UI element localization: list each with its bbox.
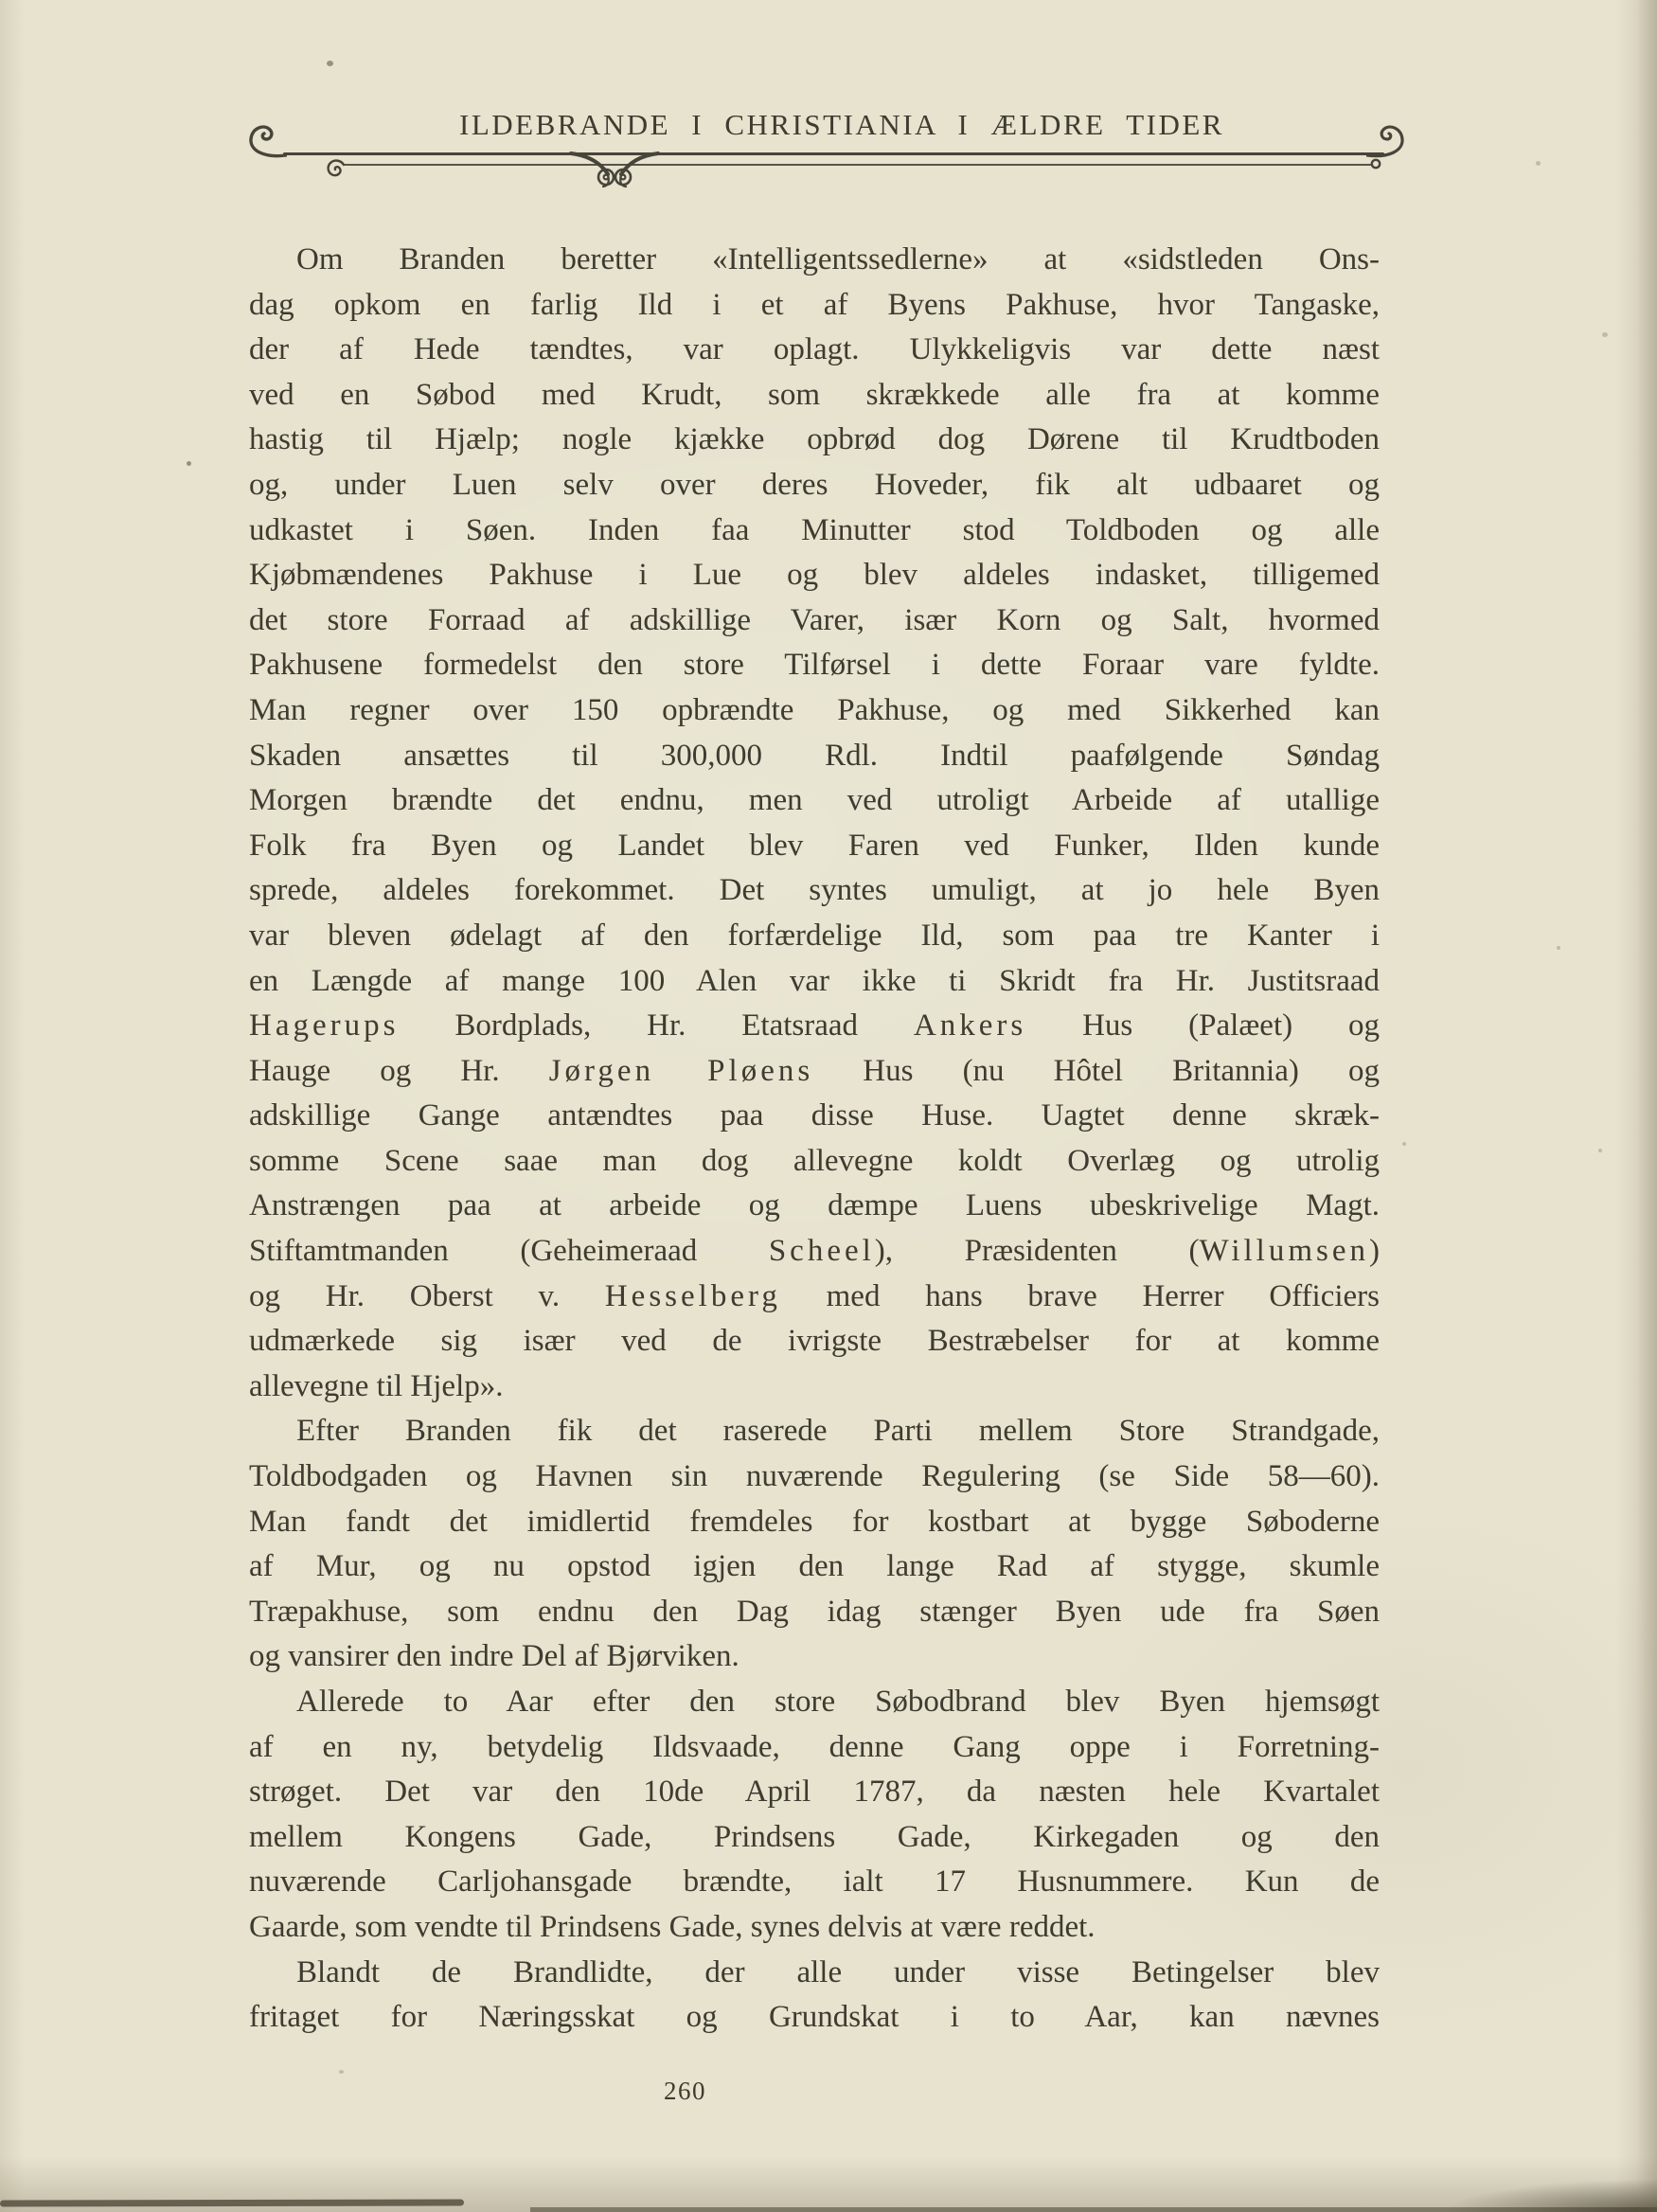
page-number: 260: [664, 2077, 706, 2106]
scan-speck: [1402, 1142, 1406, 1146]
scan-corner-shadow: [1449, 2180, 1657, 2212]
text-segment: fritaget for Næringsskat og Grundskat i …: [249, 2000, 1380, 2034]
text-segment: Hus (Palæet) og: [1026, 1008, 1380, 1043]
text-segment: Toldbodgaden og Havnen sin nuværende Reg…: [249, 1459, 1380, 1493]
text-line: Skaden ansættes til 300,000 Rdl. Indtil …: [249, 734, 1380, 779]
body-text: Om Branden beretter «Intelligentssedlern…: [249, 238, 1380, 2041]
text-line: Folk fra Byen og Landet blev Faren ved F…: [249, 824, 1380, 869]
text-line: Toldbodgaden og Havnen sin nuværende Reg…: [249, 1454, 1380, 1500]
text-line: af Mur, og nu opstod igjen den lange Rad…: [249, 1544, 1380, 1590]
text-line: og Hr. Oberst v. Hesselberg med hans bra…: [249, 1275, 1380, 1320]
text-segment: udkastet i Søen. Inden faa Minutter stod…: [249, 513, 1380, 547]
text-segment: og Hr. Oberst v.: [249, 1279, 605, 1313]
text-line: somme Scene saae man dog allevegne koldt…: [249, 1139, 1380, 1185]
text-segment: hastig til Hjælp; nogle kjække opbrød do…: [249, 422, 1380, 456]
text-segment: Man regner over 150 opbrændte Pakhuse, o…: [249, 693, 1380, 727]
text-line: Blandt de Brandlidte, der alle under vis…: [249, 1951, 1380, 1996]
text-line: ved en Søbod med Krudt, som skrækkede al…: [249, 373, 1380, 419]
text-segment: Gaarde, som vendte til Prindsens Gade, s…: [249, 1910, 1096, 1944]
text-segment: Folk fra Byen og Landet blev Faren ved F…: [249, 829, 1380, 863]
text-segment: af Mur, og nu opstod igjen den lange Rad…: [249, 1549, 1380, 1583]
text-segment: Man fandt det imidlertid fremdeles for k…: [249, 1505, 1380, 1539]
text-line: strøget. Det var den 10de April 1787, da…: [249, 1770, 1380, 1815]
text-segment: strøget. Det var den 10de April 1787, da…: [249, 1775, 1380, 1809]
text-line: allevegne til Hjelp».: [249, 1365, 1380, 1410]
text-segment: og vansirer den indre Del af Bjørviken.: [249, 1639, 739, 1673]
text-segment: Om Branden beretter «Intelligentssedlern…: [296, 242, 1380, 276]
text-line: det store Forraad af adskillige Varer, i…: [249, 598, 1380, 644]
text-line: Hauge og Hr. Jørgen Pløens Hus (nu Hôtel…: [249, 1049, 1380, 1095]
text-line: af en ny, betydelig Ildsvaade, denne Gan…: [249, 1725, 1380, 1771]
text-segment: og, under Luen selv over deres Hoveder, …: [249, 468, 1380, 502]
text-line: Man fandt det imidlertid fremdeles for k…: [249, 1500, 1380, 1545]
text-line: hastig til Hjælp; nogle kjække opbrød do…: [249, 418, 1380, 463]
text-segment: ved en Søbod med Krudt, som skrækkede al…: [249, 378, 1380, 412]
text-line: dag opkom en farlig Ild i et af Byens Pa…: [249, 283, 1380, 329]
text-segment: Kjøbmændenes Pakhuse i Lue og blev aldel…: [249, 558, 1380, 592]
text-segment: allevegne til Hjelp».: [249, 1369, 504, 1403]
flourish-end-ring-icon: [1369, 157, 1382, 170]
header-rule-bottom: [345, 164, 1373, 166]
text-line: Anstrængen paa at arbeide og dæmpe Luens…: [249, 1184, 1380, 1229]
scan-speck: [1598, 1149, 1602, 1152]
text-line: sprede, aldeles forekommet. Det syntes u…: [249, 868, 1380, 914]
text-segment: dag opkom en farlig Ild i et af Byens Pa…: [249, 288, 1380, 322]
text-segment: Stiftamtmanden (Geheimeraad: [249, 1234, 769, 1268]
text-line: Stiftamtmanden (Geheimeraad Scheel), Præ…: [249, 1229, 1380, 1275]
text-line: adskillige Gange antændtes paa disse Hus…: [249, 1094, 1380, 1139]
scan-speck: [187, 461, 191, 466]
letterspaced-name: Jørgen Pløens: [549, 1054, 814, 1088]
text-segment: ), Præsidenten (: [875, 1234, 1200, 1268]
text-line: Allerede to Aar efter den store Søbodbra…: [249, 1680, 1380, 1725]
text-line: Efter Branden fik det raserede Parti mel…: [249, 1409, 1380, 1454]
text-segment: var bleven ødelagt af den forfærdelige I…: [249, 919, 1380, 953]
text-line: Kjøbmændenes Pakhuse i Lue og blev aldel…: [249, 553, 1380, 598]
text-line: og, under Luen selv over deres Hoveder, …: [249, 463, 1380, 508]
text-segment: af en ny, betydelig Ildsvaade, denne Gan…: [249, 1730, 1380, 1764]
text-segment: adskillige Gange antændtes paa disse Hus…: [249, 1098, 1380, 1133]
scan-speck: [1602, 332, 1608, 337]
text-segment: der af Hede tændtes, var oplagt. Ulykkel…: [249, 332, 1380, 366]
text-line: udmærkede sig især ved de ivrigste Bestr…: [249, 1319, 1380, 1365]
text-line: en Længde af mange 100 Alen var ikke ti …: [249, 959, 1380, 1005]
scan-edge-shadow: [0, 2199, 464, 2206]
text-segment: Morgen brændte det endnu, men ved utroli…: [249, 783, 1380, 817]
text-segment: Bordplads, Hr. Etatsraad: [399, 1008, 913, 1043]
text-segment: sprede, aldeles forekommet. Det syntes u…: [249, 873, 1380, 907]
scan-speck: [1557, 946, 1560, 950]
letterspaced-name: Ankers: [914, 1008, 1026, 1043]
text-segment: nuværende Carljohansgade brændte, ialt 1…: [249, 1864, 1380, 1899]
text-line: Om Branden beretter «Intelligentssedlern…: [249, 238, 1380, 283]
text-line: mellem Kongens Gade, Prindsens Gade, Kir…: [249, 1815, 1380, 1861]
text-line: fritaget for Næringsskat og Grundskat i …: [249, 1995, 1380, 2041]
text-segment: Træpakhuse, som endnu den Dag idag stæng…: [249, 1595, 1380, 1629]
letterspaced-name: Hesselberg: [605, 1279, 781, 1313]
text-segment: Efter Branden fik det raserede Parti mel…: [296, 1414, 1380, 1448]
text-line: Hagerups Bordplads, Hr. Etatsraad Ankers…: [249, 1004, 1380, 1049]
text-segment: Skaden ansættes til 300,000 Rdl. Indtil …: [249, 739, 1380, 773]
scan-speck: [327, 61, 333, 66]
text-segment: Hauge og Hr.: [249, 1054, 549, 1088]
book-page-scan: { "colors": { "paper": "#e7e3cf", "ink":…: [0, 0, 1657, 2212]
text-line: Man regner over 150 opbrændte Pakhuse, o…: [249, 688, 1380, 734]
text-line: Gaarde, som vendte til Prindsens Gade, s…: [249, 1905, 1380, 1951]
text-line: Morgen brændte det endnu, men ved utroli…: [249, 778, 1380, 824]
scan-speck: [1536, 161, 1541, 166]
letterspaced-name: Scheel: [769, 1234, 875, 1268]
text-line: der af Hede tændtes, var oplagt. Ulykkel…: [249, 328, 1380, 373]
text-segment: Anstrængen paa at arbeide og dæmpe Luens…: [249, 1188, 1380, 1222]
text-segment: Allerede to Aar efter den store Søbodbra…: [296, 1685, 1380, 1719]
text-segment: mellem Kongens Gade, Prindsens Gade, Kir…: [249, 1820, 1380, 1854]
text-line: nuværende Carljohansgade brændte, ialt 1…: [249, 1860, 1380, 1905]
text-line: Pakhusene formedelst den store Tilførsel…: [249, 643, 1380, 688]
flourish-left-curl-icon: [243, 120, 287, 168]
header-rule-top: [283, 152, 1384, 155]
text-segment: Hus (nu Hôtel Britannia) og: [813, 1054, 1380, 1088]
scan-speck: [339, 2070, 344, 2074]
text-segment: somme Scene saae man dog allevegne koldt…: [249, 1144, 1380, 1178]
text-segment: udmærkede sig især ved de ivrigste Bestr…: [249, 1324, 1380, 1358]
flourish-spiral-icon: [325, 158, 346, 179]
scan-edge-shadow: [1636, 0, 1657, 2212]
text-line: var bleven ødelagt af den forfærdelige I…: [249, 914, 1380, 959]
flourish-center-scroll-icon: [569, 151, 660, 190]
letterspaced-name: Hagerups: [249, 1008, 399, 1043]
text-segment: en Længde af mange 100 Alen var ikke ti …: [249, 964, 1380, 998]
text-line: og vansirer den indre Del af Bjørviken.: [249, 1634, 1380, 1680]
text-segment: det store Forraad af adskillige Varer, i…: [249, 603, 1380, 637]
text-line: Træpakhuse, som endnu den Dag idag stæng…: [249, 1590, 1380, 1635]
text-segment: med hans brave Herrer Officiers: [781, 1279, 1380, 1313]
text-line: udkastet i Søen. Inden faa Minutter stod…: [249, 508, 1380, 554]
text-segment: Pakhusene formedelst den store Tilførsel…: [249, 648, 1380, 682]
text-segment: ): [1369, 1234, 1380, 1268]
letterspaced-name: Willumsen: [1200, 1234, 1370, 1268]
text-segment: Blandt de Brandlidte, der alle under vis…: [296, 1955, 1380, 1989]
